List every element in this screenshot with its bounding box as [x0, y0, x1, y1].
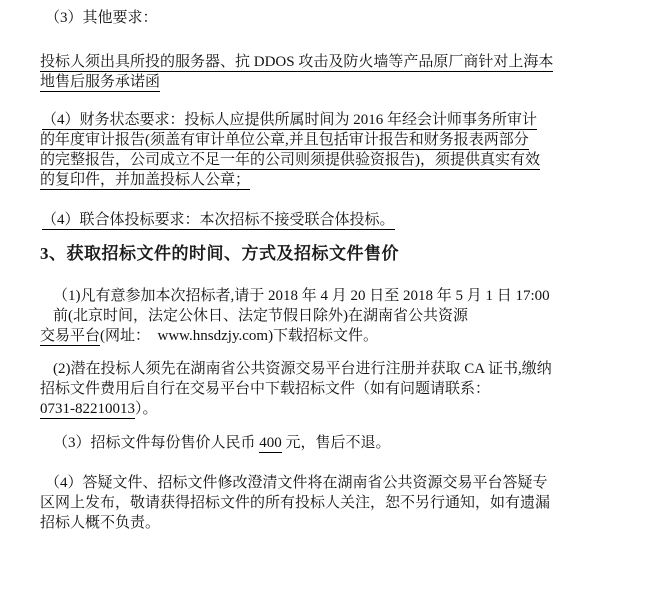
- financial-status-line-3: 的完整报告，公司成立不足一年的公司则须提供验资报告)，须提供真实有效: [40, 152, 540, 170]
- paragraph-service-commitment: 投标人须出具所投的服务器、抗 DDOS 攻击及防火墙等产品原厂商针对上海本 地售…: [40, 52, 622, 92]
- download-info-line-2: 前(北京时间，法定公休日、法定节假日除外)在湖南省公共资源: [40, 306, 622, 326]
- service-commitment-line-1: 投标人须出具所投的服务器、抗 DDOS 攻击及防火墙等产品原厂商针对上海本: [40, 54, 553, 72]
- download-info-line-1: （1)凡有意参加本次招标者,请于 2018 年 4 月 20 日至 2018 年…: [40, 286, 622, 306]
- service-commitment-line-2: 地售后服务承诺函: [40, 74, 160, 92]
- paragraph-clarification-notice: （4）答疑文件、招标文件修改澄清文件将在湖南省公共资源交易平台答疑专 区网上发布…: [40, 473, 622, 533]
- financial-status-line-4: 的复印件，并加盖投标人公章；: [40, 172, 250, 190]
- price-amount: 400: [259, 435, 282, 453]
- registration-info-line-2: 招标文件费用后自行在交易平台中下载招标文件（如有问题请联系：: [40, 379, 622, 399]
- document-price-post: 元，售后不退。: [282, 435, 391, 451]
- financial-status-line-2: 的年度审计报告(须盖有审计单位公章,并且包括审计报告和财务报表两部分: [40, 132, 529, 150]
- paragraph-consortium-bidding: （4）联合体投标要求：本次招标不接受联合体投标。: [40, 210, 622, 230]
- download-info-line-3-post: )下载招标文件。: [268, 328, 378, 344]
- registration-info-line-1: (2)潜在投标人须先在湖南省公共资源交易平台进行注册并获取 CA 证书,缴纳: [40, 359, 622, 379]
- download-info-line-3-pre: (网址：: [100, 328, 158, 344]
- document-page: （3）其他要求： 投标人须出具所投的服务器、抗 DDOS 攻击及防火墙等产品原厂…: [0, 0, 652, 610]
- section-heading-text: 3、获取招标文件的时间、方式及招标文件售价: [40, 242, 622, 266]
- website-url: www.hnsdzjy.com: [158, 328, 269, 344]
- platform-link-text: 交易平台: [40, 328, 100, 346]
- paragraph-registration-info: (2)潜在投标人须先在湖南省公共资源交易平台进行注册并获取 CA 证书,缴纳 招…: [40, 359, 622, 419]
- document-price-pre: （3）招标文件每份售价人民币: [53, 435, 259, 451]
- paragraph-document-price: （3）招标文件每份售价人民币 400 元，售后不退。: [40, 433, 622, 453]
- consortium-bidding-line: （4）联合体投标要求：本次招标不接受联合体投标。: [42, 212, 395, 230]
- clarification-notice-line-3: 招标人概不负责。: [40, 513, 622, 533]
- financial-status-line-1: （4）财务状态要求：投标人应提供所属时间为 2016 年经会计师事务所审计: [42, 112, 537, 130]
- paragraph-download-info: （1)凡有意参加本次招标者,请于 2018 年 4 月 20 日至 2018 年…: [40, 286, 622, 346]
- clarification-notice-line-2: 区网上发布，敬请获得招标文件的所有投标人关注，恕不另行通知，如有遗漏: [40, 493, 622, 513]
- other-requirements-label: （3）其他要求：: [40, 8, 622, 28]
- section-heading: 3、获取招标文件的时间、方式及招标文件售价: [40, 242, 622, 266]
- registration-info-line-3-post: ）。: [135, 401, 158, 417]
- contact-phone: 0731-82210013: [40, 401, 135, 419]
- paragraph-financial-status: （4）财务状态要求：投标人应提供所属时间为 2016 年经会计师事务所审计 的年…: [40, 110, 622, 190]
- paragraph-other-requirements: （3）其他要求：: [40, 8, 622, 28]
- clarification-notice-line-1: （4）答疑文件、招标文件修改澄清文件将在湖南省公共资源交易平台答疑专: [40, 473, 622, 493]
